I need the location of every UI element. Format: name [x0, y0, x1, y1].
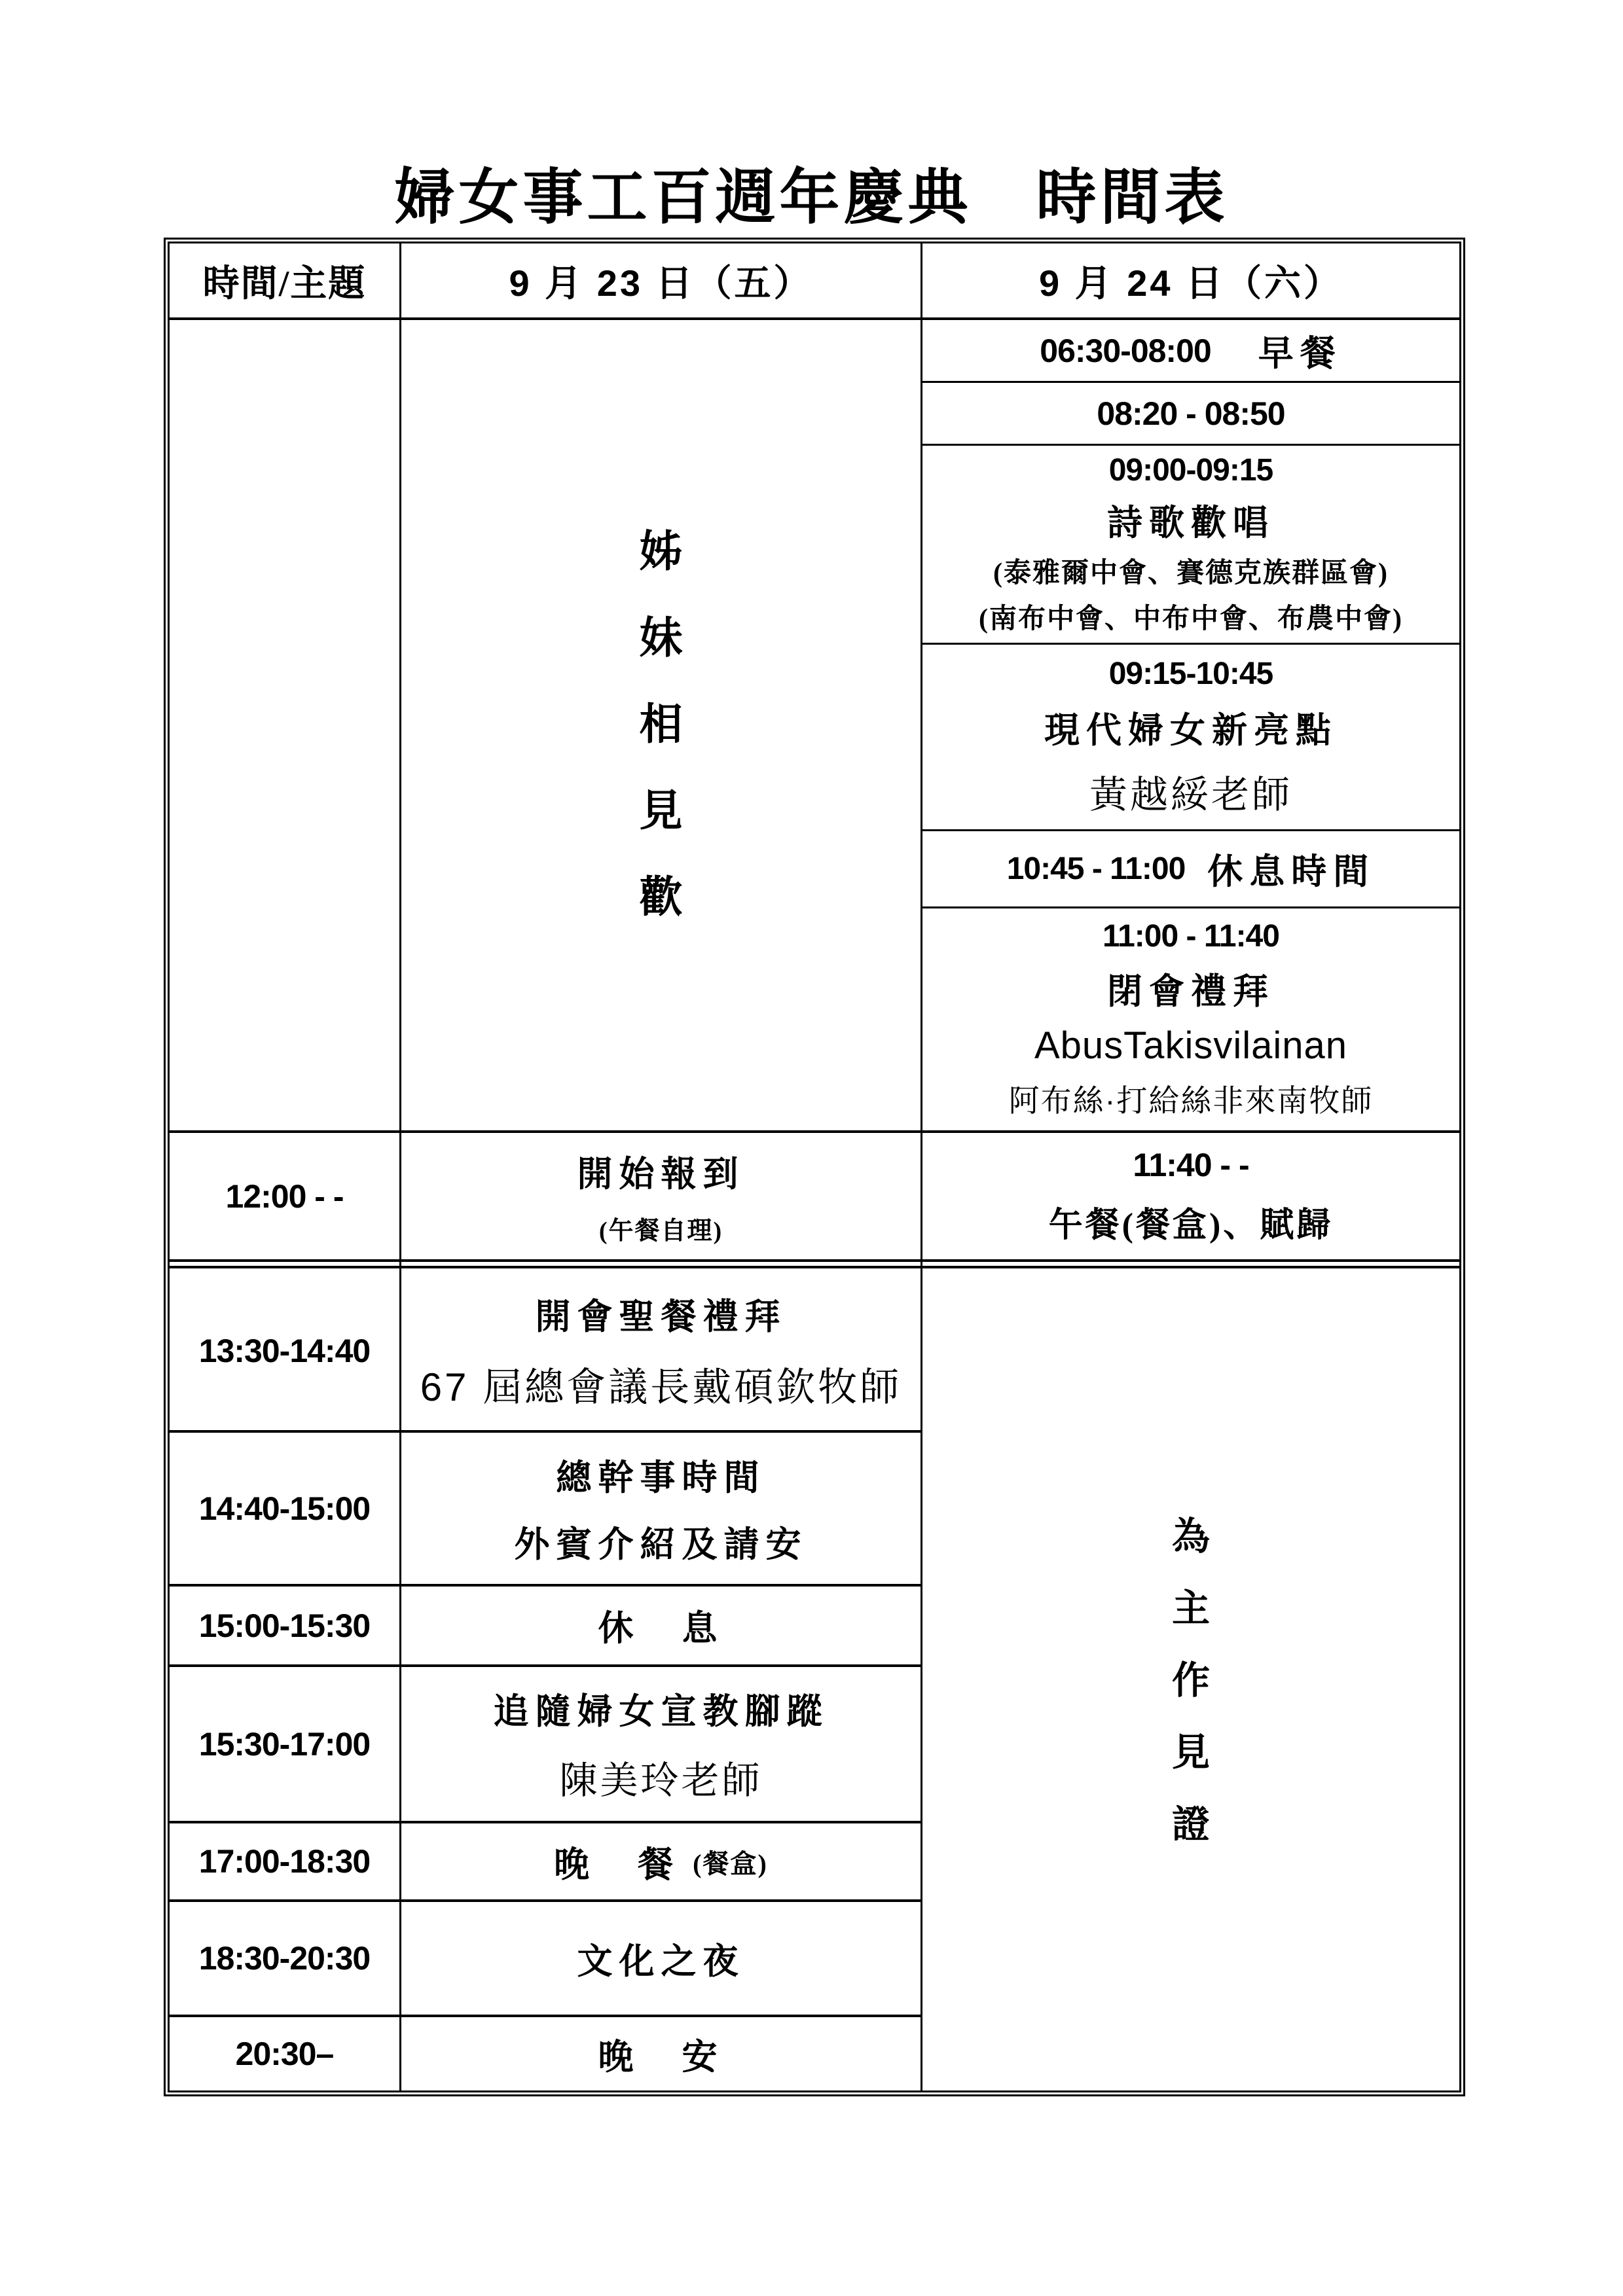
mission-footsteps-speaker: 陳美玲老師	[559, 1749, 762, 1804]
day1-noon-event: 開始報到	[577, 1146, 745, 1196]
day2-closing-time: 11:00 - 11:40	[1103, 918, 1279, 954]
day2-break-time: 10:45 - 11:00	[1007, 851, 1186, 887]
cell-day1-morning: 姊妹相見歡	[401, 320, 921, 1130]
cell-time-1700: 17:00-18:30	[170, 1823, 399, 1899]
day2-lecture-speaker: 黃越綏老師	[1089, 764, 1292, 819]
cell-time-1830: 18:30-20:30	[170, 1902, 399, 2015]
time-1530: 15:30-17:00	[199, 1725, 370, 1763]
header-cell-day2: 9 月 24 日（六）	[922, 243, 1459, 317]
cell-event-mission-footsteps: 追隨婦女宣教腳蹤 陳美玲老師	[401, 1667, 921, 1821]
day2-afternoon-vertical-text: 為主作見證	[1172, 1501, 1210, 1861]
page-title: 婦女事工百週年慶典 時間表	[0, 149, 1623, 236]
dinner-note: (餐盒)	[693, 1843, 768, 1880]
cell-time-2030: 20:30–	[170, 2017, 399, 2090]
time-1700: 17:00-18:30	[199, 1842, 370, 1880]
cell-day2-afternoon: 為主作見證	[922, 1271, 1459, 2090]
day2-closing-title: 閉會禮拜	[1107, 963, 1275, 1014]
secretary-line2: 外賓介紹及請安	[515, 1516, 808, 1567]
day2-noon-event: 午餐(餐盒)、賦歸	[1049, 1197, 1334, 1246]
mission-footsteps-title: 追隨婦女宣教腳蹤	[494, 1683, 829, 1734]
day2-singing-note2: (南布中會、中布中會、布農中會)	[979, 597, 1403, 636]
header-day1-label: 9 月 23 日（五）	[509, 255, 812, 307]
goodnight-label: 晚 安	[598, 2029, 724, 2079]
cell-event-goodnight: 晚 安	[401, 2017, 921, 2090]
time-1330: 13:30-14:40	[199, 1332, 370, 1370]
header-cell-day1: 9 月 23 日（五）	[401, 243, 921, 317]
day1-morning-vertical-text: 姊妹相見歡	[640, 509, 683, 941]
cell-time-1500: 15:00-15:30	[170, 1587, 399, 1664]
cell-day1-noon-time: 12:00 - -	[170, 1133, 399, 1259]
cell-time-1530: 15:30-17:00	[170, 1667, 399, 1821]
day1-noon-time: 12:00 - -	[226, 1177, 344, 1215]
dinner-label: 晚 餐	[554, 1837, 680, 1887]
cell-event-dinner: 晚 餐 (餐盒)	[401, 1823, 921, 1899]
cell-event-rest: 休 息	[401, 1587, 921, 1664]
cell-day2-lecture: 09:15-10:45 現代婦女新亮點 黃越綏老師	[922, 645, 1459, 829]
cell-day2-noon: 11:40 - - 午餐(餐盒)、賦歸	[922, 1133, 1459, 1259]
day1-noon-note: (午餐自理)	[599, 1210, 723, 1246]
cell-event-opening-worship: 開會聖餐禮拜 67 屆總會議長戴碩欽牧師	[401, 1271, 921, 1430]
secretary-line1: 總幹事時間	[556, 1450, 766, 1500]
rest-label: 休 息	[598, 1600, 724, 1651]
cell-event-culture-night: 文化之夜	[401, 1902, 921, 2015]
opening-worship-speaker: 67 屆總會議長戴碩欽牧師	[420, 1356, 902, 1412]
cell-day2-singing: 09:00-09:15 詩歌歡唱 (泰雅爾中會、賽德克族群區會) (南布中會、中…	[922, 446, 1459, 643]
cell-event-secretary: 總幹事時間 外賓介紹及請安	[401, 1433, 921, 1584]
day2-0820-time: 08:20 - 08:50	[1097, 395, 1285, 433]
cell-time-1330: 13:30-14:40	[170, 1271, 399, 1430]
day2-singing-time: 09:00-09:15	[1109, 452, 1273, 488]
cell-time-1440: 14:40-15:00	[170, 1433, 399, 1584]
day2-lecture-time: 09:15-10:45	[1109, 656, 1273, 692]
opening-worship-title: 開會聖餐禮拜	[536, 1289, 787, 1339]
day2-breakfast-label: 早餐	[1258, 325, 1342, 376]
day2-break-label: 休息時間	[1207, 844, 1375, 894]
header-time-topic-label: 時間/主題	[203, 255, 367, 307]
cell-day2-break: 10:45 - 11:00 休息時間	[922, 831, 1459, 906]
day2-breakfast-time: 06:30-08:00	[1040, 332, 1211, 370]
time-1830: 18:30-20:30	[199, 1939, 370, 1977]
cell-day1-noon-event: 開始報到 (午餐自理)	[401, 1133, 921, 1259]
day2-singing-title: 詩歌歡唱	[1107, 495, 1275, 545]
divider-noon-bottom	[170, 1259, 1459, 1268]
cell-day2-closing-worship: 11:00 - 11:40 閉會禮拜 AbusTakisvilainan 阿布絲…	[922, 908, 1459, 1130]
header-cell-time-topic: 時間/主題	[170, 243, 399, 317]
cell-day2-0820: 08:20 - 08:50	[922, 383, 1459, 444]
day2-lecture-title: 現代婦女新亮點	[1044, 702, 1338, 753]
day2-closing-speaker-en: AbusTakisvilainan	[1034, 1024, 1347, 1067]
page: 婦女事工百週年慶典 時間表 時間/主題 9 月 23 日（五） 9 月 24 日…	[0, 0, 1623, 2296]
time-1500: 15:00-15:30	[199, 1607, 370, 1645]
day2-closing-speaker-zh: 阿布絲·打給絲非來南牧師	[1009, 1077, 1374, 1121]
day2-noon-time: 11:40 - -	[1133, 1146, 1249, 1184]
header-day2-label: 9 月 24 日（六）	[1039, 255, 1343, 307]
day2-singing-note1: (泰雅爾中會、賽德克族群區會)	[993, 551, 1389, 590]
time-2030: 20:30–	[236, 2035, 334, 2073]
culture-night-label: 文化之夜	[577, 1933, 745, 1984]
cell-day2-breakfast: 06:30-08:00 早餐	[922, 320, 1459, 381]
time-1440: 14:40-15:00	[199, 1490, 370, 1528]
schedule-table: 時間/主題 9 月 23 日（五） 9 月 24 日（六） 姊妹相見歡 06:3…	[164, 238, 1465, 2096]
